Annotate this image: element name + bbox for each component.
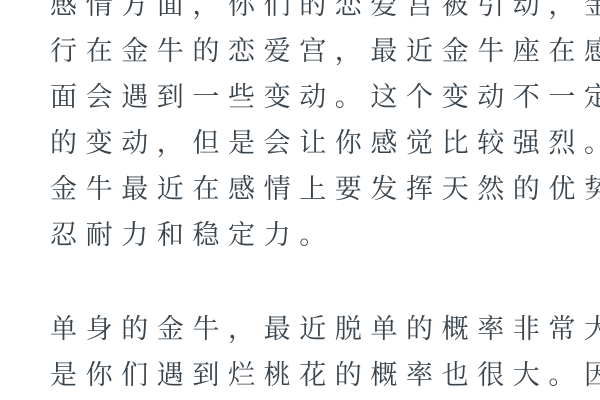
paragraph-spacer [50,259,555,307]
text-line: 金牛最近在感情上要发挥天然的优势，即 [50,167,555,213]
text-line: 行在金牛的恋爱宫，最近金牛座在感情方 [50,29,555,75]
paragraph-love-overview: 感情方面，你们的恋爱宫被引动，金星逆 行在金牛的恋爱宫，最近金牛座在感情方 面会… [50,0,555,259]
text-line: 是你们遇到烂桃花的概率也很大。因为你 [50,353,555,399]
article-page: 感情方面，你们的恋爱宫被引动，金星逆 行在金牛的恋爱宫，最近金牛座在感情方 面会… [0,0,600,400]
text-line: 感情方面，你们的恋爱宫被引动，金星逆 [50,0,555,29]
article-body: 感情方面，你们的恋爱宫被引动，金星逆 行在金牛的恋爱宫，最近金牛座在感情方 面会… [50,0,555,399]
paragraph-single-taurus: 单身的金牛，最近脱单的概率非常大，但 是你们遇到烂桃花的概率也很大。因为你 [50,307,555,399]
text-line: 的变动，但是会让你感觉比较强烈。所以 [50,121,555,167]
text-line: 单身的金牛，最近脱单的概率非常大，但 [50,307,555,353]
text-line: 忍耐力和稳定力。 [50,213,555,259]
text-line: 面会遇到一些变动。这个变动不一定是坏 [50,75,555,121]
